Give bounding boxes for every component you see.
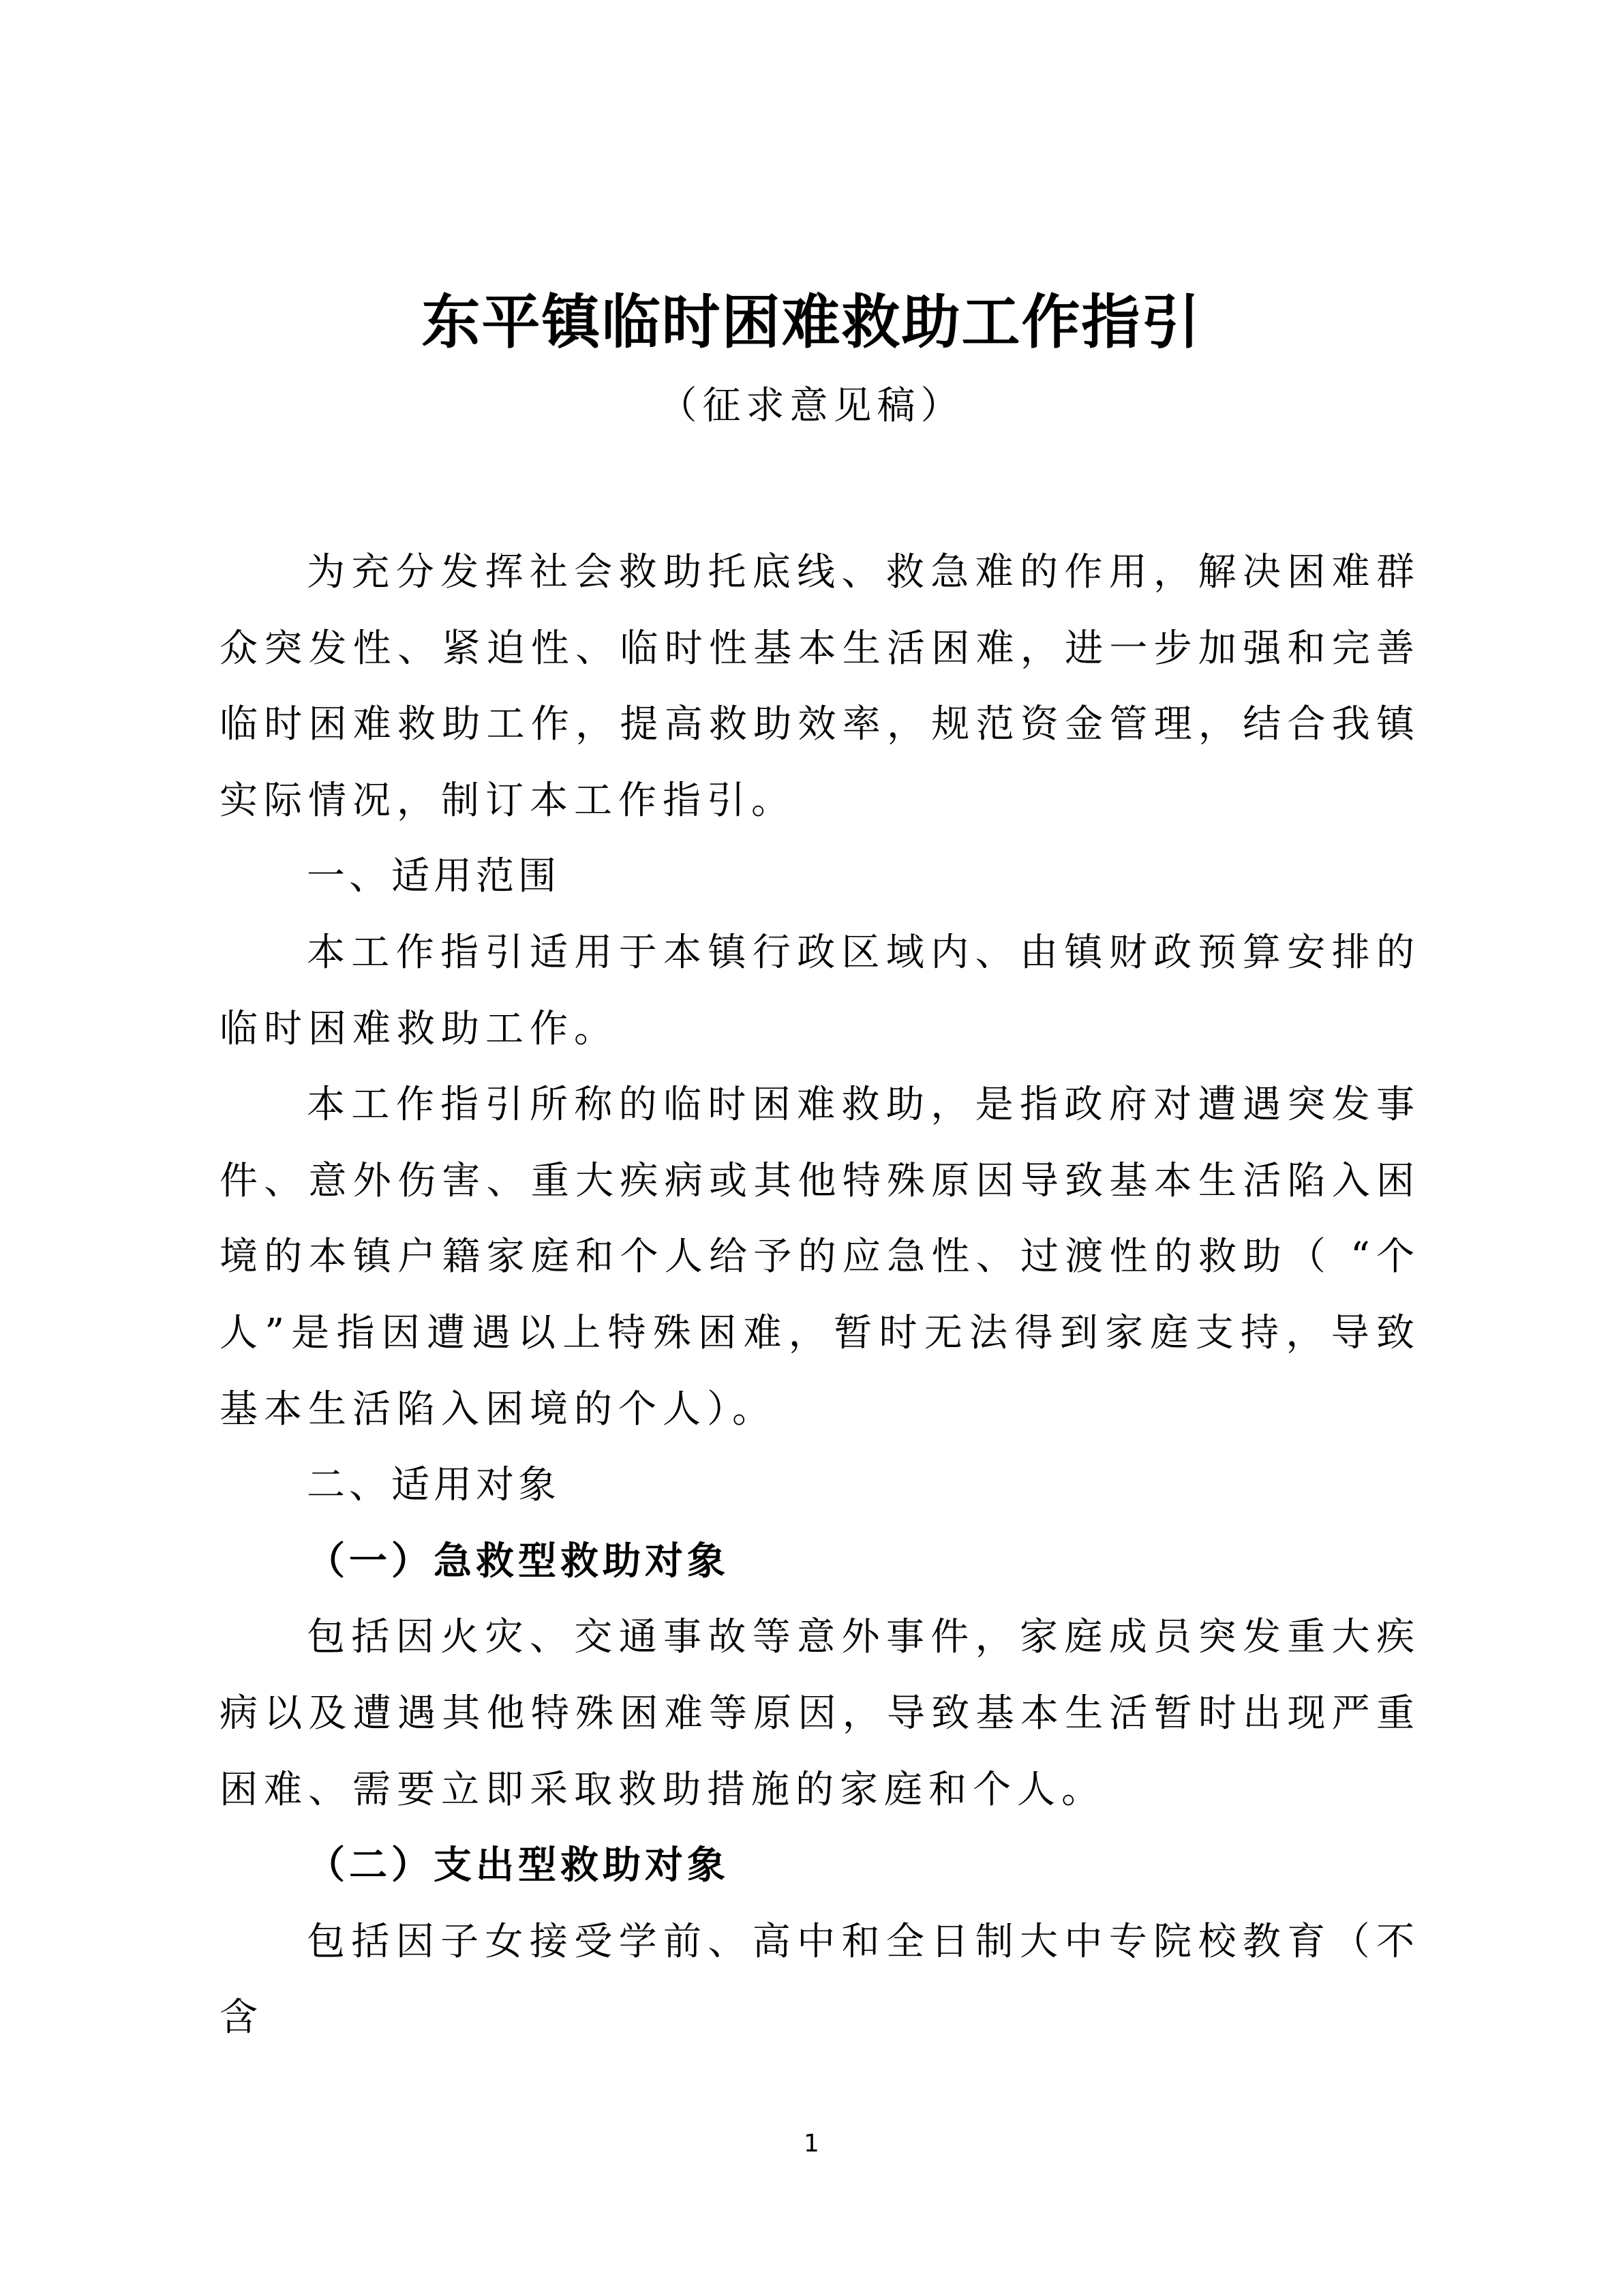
document-subtitle: （征求意见稿） — [0, 379, 1623, 434]
emergency-paragraph: 包括因火灾、交通事故等意外事件，家庭成员突发重大疾病以及遭遇其他特殊困难等原因，… — [219, 1599, 1421, 1828]
intro-paragraph: 为充分发挥社会救助托底线、救急难的作用，解决困难群众突发性、紧迫性、临时性基本生… — [219, 534, 1421, 839]
expenditure-paragraph: 包括因子女接受学前、高中和全日制大中专院校教育（不含 — [219, 1904, 1421, 2056]
page-number: 1 — [0, 2127, 1623, 2161]
subsection-heading-expenditure: （二）支出型救助对象 — [219, 1828, 1421, 1904]
section-heading-scope: 一、适用范围 — [219, 839, 1421, 915]
document-page: 东平镇临时困难救助工作指引 （征求意见稿） 为充分发挥社会救助托底线、救急难的作… — [0, 0, 1623, 2296]
scope-paragraph-1: 本工作指引适用于本镇行政区域内、由镇财政预算安排的临时困难救助工作。 — [219, 915, 1421, 1067]
document-title: 东平镇临时困难救助工作指引 — [0, 285, 1623, 360]
scope-paragraph-2: 本工作指引所称的临时困难救助，是指政府对遭遇突发事件、意外伤害、重大疾病或其他特… — [219, 1067, 1421, 1447]
section-heading-targets: 二、适用对象 — [219, 1447, 1421, 1524]
subsection-heading-emergency: （一）急救型救助对象 — [219, 1524, 1421, 1600]
document-body: 为充分发挥社会救助托底线、救急难的作用，解决困难群众突发性、紧迫性、临时性基本生… — [219, 534, 1421, 2056]
